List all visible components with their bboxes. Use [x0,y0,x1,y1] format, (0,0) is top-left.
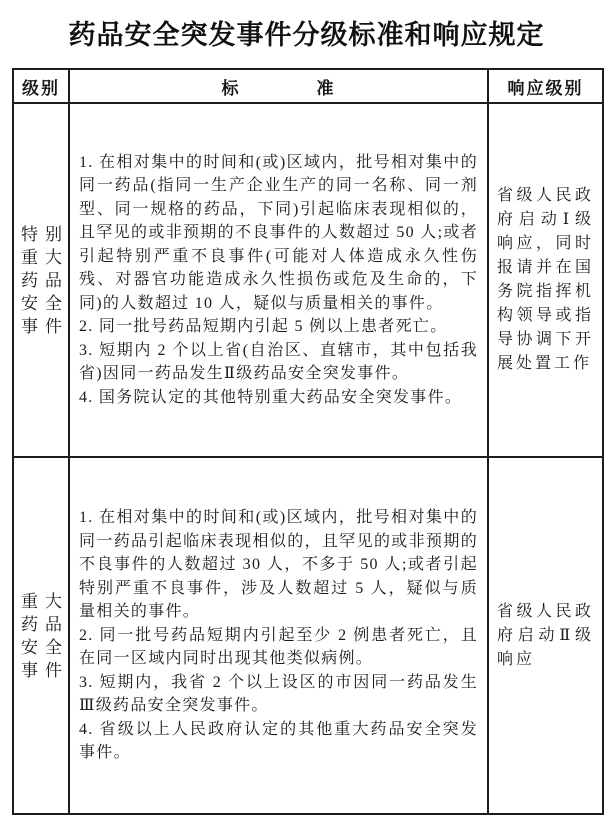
page-title: 药品安全突发事件分级标准和响应规定 [0,13,613,52]
criteria-item: 4. 省级以上人民政府认定的其他重大药品安全突发事件。 [79,718,478,765]
level-label: 特别 重大 药品 安全 事件 [14,223,69,338]
level-cell: 特别 重大 药品 安全 事件 [13,103,69,457]
header-response: 响应级别 [488,69,603,103]
criteria-item: 3. 短期内 2 个以上省(自治区、直辖市，其中包括我省)因同一药品发生Ⅱ级药品… [79,339,478,386]
criteria-item: 2. 同一批号药品短期内引起 5 例以上患者死亡。 [79,315,478,339]
response-cell: 省级人民政府启动Ⅰ级响应，同时报请并在国务院指挥机构领导或指导协调下开展处置工作 [488,103,603,457]
grading-standards-table: 级别 标 准 响应级别 特别 重大 药品 安全 事件 1. 在相对集中的时间和(… [12,68,604,815]
response-text: 省级人民政府启动Ⅱ级响应 [497,600,594,672]
level-cell: 重大 药品 安全 事件 [13,457,69,814]
response-cell: 省级人民政府启动Ⅱ级响应 [488,457,603,814]
criteria-cell: 1. 在相对集中的时间和(或)区域内，批号相对集中的同一药品引起临床表现相似的，… [69,457,488,814]
criteria-item: 2. 同一批号药品短期内引起至少 2 例患者死亡，且在同一区域内同时出现其他类似… [79,624,478,671]
criteria-item: 3. 短期内，我省 2 个以上设区的市因同一药品发生Ⅲ级药品安全突发事件。 [79,671,478,718]
criteria-item: 1. 在相对集中的时间和(或)区域内，批号相对集中的同一药品引起临床表现相似的，… [79,506,478,624]
response-text: 省级人民政府启动Ⅰ级响应，同时报请并在国务院指挥机构领导或指导协调下开展处置工作 [497,184,594,376]
criteria-cell: 1. 在相对集中的时间和(或)区域内，批号相对集中的同一药品(指同一生产企业生产… [69,103,488,457]
header-criteria: 标 准 [69,69,488,103]
table-row-especially-major: 特别 重大 药品 安全 事件 1. 在相对集中的时间和(或)区域内，批号相对集中… [13,103,603,457]
table-row-major: 重大 药品 安全 事件 1. 在相对集中的时间和(或)区域内，批号相对集中的同一… [13,457,603,814]
criteria-item: 1. 在相对集中的时间和(或)区域内，批号相对集中的同一药品(指同一生产企业生产… [79,151,478,316]
header-level: 级别 [13,69,69,103]
criteria-item: 4. 国务院认定的其他特别重大药品安全突发事件。 [79,386,478,410]
level-label: 重大 药品 安全 事件 [14,590,69,682]
header-row: 级别 标 准 响应级别 [13,69,603,103]
